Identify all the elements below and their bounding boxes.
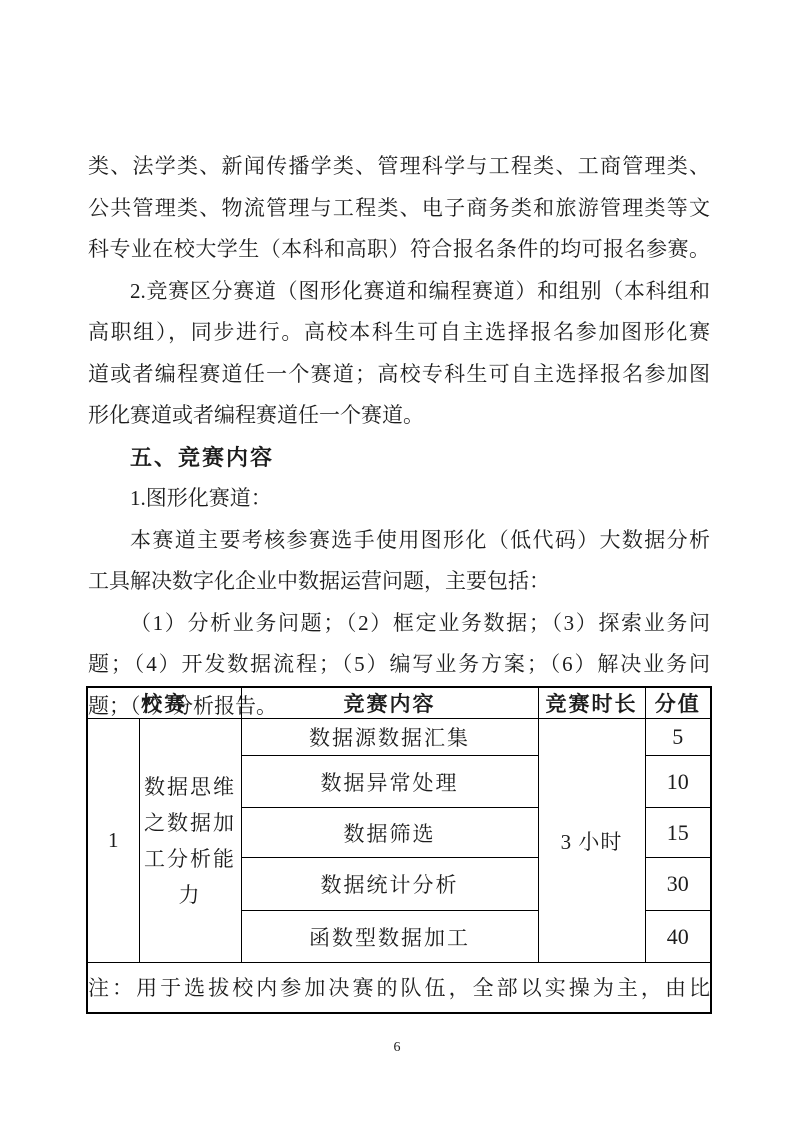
score-cell: 15 <box>645 808 711 858</box>
group-index-cell: 1 <box>87 719 139 963</box>
document-page: 类、法学类、新闻传播学类、管理科学与工程类、工商管理类、 公共管理类、物流管理与… <box>0 0 794 1123</box>
text-line: 形化赛道或者编程赛道任一个赛道。 <box>88 395 710 437</box>
group-category-cell: 数据思维之数据加工分析能力 <box>139 719 241 963</box>
text-line: 高职组），同步进行。高校本科生可自主选择报名参加图形化赛 <box>88 312 710 354</box>
text-line: 工具解决数字化企业中数据运营问题，主要包括： <box>88 561 710 603</box>
content-cell: 函数型数据加工 <box>241 911 538 963</box>
table-note-row: 注：用于选拔校内参加决赛的队伍，全部以实操为主，由比 <box>87 963 711 1013</box>
text-line: （1）分析业务问题；（2）框定业务数据；（3）探索业务问 <box>88 603 710 645</box>
header-score: 分值 <box>645 687 711 719</box>
content-cell: 数据统计分析 <box>241 858 538 911</box>
text-line: 1.图形化赛道： <box>88 478 710 520</box>
score-cell: 10 <box>645 756 711 808</box>
section-heading-competition-content: 五、竞赛内容 <box>88 437 710 479</box>
content-cell: 数据筛选 <box>241 808 538 858</box>
header-competition-content: 竞赛内容 <box>241 687 538 719</box>
text-line: 科专业在校大学生（本科和高职）符合报名条件的均可报名参赛。 <box>88 229 710 271</box>
body-text: 类、法学类、新闻传播学类、管理科学与工程类、工商管理类、 公共管理类、物流管理与… <box>88 146 710 727</box>
table-note-cell: 注：用于选拔校内参加决赛的队伍，全部以实操为主，由比 <box>87 963 711 1013</box>
content-cell: 数据异常处理 <box>241 756 538 808</box>
duration-cell: 3 小时 <box>538 719 645 963</box>
score-cell: 5 <box>645 719 711 756</box>
content-cell: 数据源数据汇集 <box>241 719 538 756</box>
score-table: 校赛 竞赛内容 竞赛时长 分值 1 数据思维之数据加工分析能力 数据源数据汇集 … <box>86 686 712 1014</box>
header-school-round: 校赛 <box>87 687 241 719</box>
table-row: 1 数据思维之数据加工分析能力 数据源数据汇集 3 小时 5 <box>87 719 711 756</box>
text-line: 题；（4）开发数据流程；（5）编写业务方案；（6）解决业务问 <box>88 644 710 686</box>
table-header-row: 校赛 竞赛内容 竞赛时长 分值 <box>87 687 711 719</box>
score-cell: 30 <box>645 858 711 911</box>
text-line: 公共管理类、物流管理与工程类、电子商务类和旅游管理类等文 <box>88 188 710 230</box>
text-line: 本赛道主要考核参赛选手使用图形化（低代码）大数据分析 <box>88 520 710 562</box>
page-number: 6 <box>0 1040 794 1056</box>
text-line: 类、法学类、新闻传播学类、管理科学与工程类、工商管理类、 <box>88 146 710 188</box>
header-competition-duration: 竞赛时长 <box>538 687 645 719</box>
text-line: 道或者编程赛道任一个赛道；高校专科生可自主选择报名参加图 <box>88 354 710 396</box>
score-cell: 40 <box>645 911 711 963</box>
text-line: 2.竞赛区分赛道（图形化赛道和编程赛道）和组别（本科组和 <box>88 271 710 313</box>
